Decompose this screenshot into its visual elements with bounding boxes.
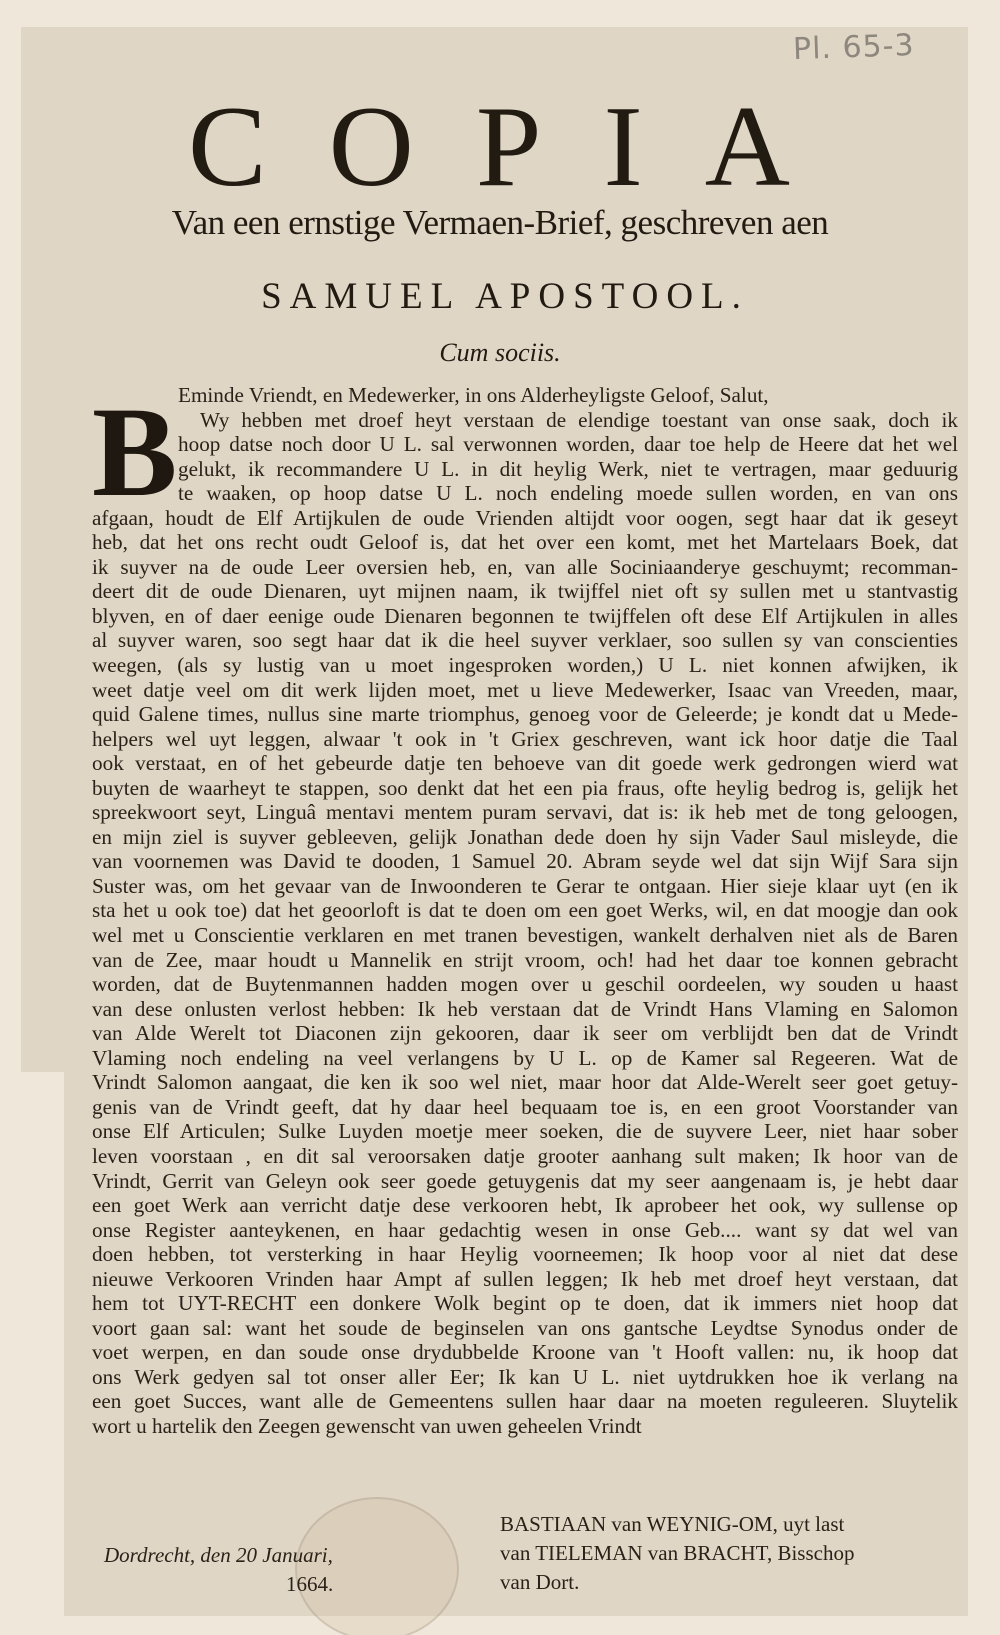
letter-line: Vrindt Salomon aangaat, die ken ik soo w… [92,1070,958,1095]
letter-line: weet datje veel om dit werk lijden moet,… [92,678,958,703]
letter-line: leven voorstaan , en dit sal veroorsaken… [92,1144,958,1169]
letter-line: voet werpen, en dan soude onse drydubbel… [92,1340,958,1365]
letter-line: buyten de waarheyt te stappen, soo denkt… [92,776,958,801]
letter-line: te waaken, op hoop datse U L. noch endel… [92,481,958,506]
letter-line: al suyver waren, soo segt haar dat ik di… [92,628,958,653]
letter-line: onse Elf Articulen; Sulke Luyden moetje … [92,1119,958,1144]
letter-line: heb, dat het ons recht oudt Geloof is, d… [92,530,958,555]
letter-line: hoop datse noch door U L. sal verwonnen … [92,432,958,457]
letter-line: van Alde Werelt tot Diaconen zijn gekoor… [92,1021,958,1046]
signature-line-1: BASTIAAN van WEYNIG-OM, uyt last [500,1512,844,1536]
signature-block: BASTIAAN van WEYNIG-OM, uyt last van TIE… [500,1510,920,1597]
letter-line: blyven, en of daer eenige oude Dienaren … [92,604,958,629]
letter-line: wort u hartelik den Zeegen gewenscht van… [92,1414,958,1439]
letter-line: afgaan, houdt de Elf Artijkulen de oude … [92,506,958,531]
signature-line-2: van TIELEMAN van BRACHT, Bisschop [500,1541,854,1565]
cum-sociis-line: Cum sociis. [0,338,1000,368]
signature-line-3: van Dort. [500,1570,579,1594]
signoff-year: 1664. [286,1572,333,1597]
addressee-heading: SAMUEL APOSTOOL. [0,275,1000,318]
letter-line: wel met u Conscientie verklaren en met t… [92,923,958,948]
letter-line: een goet Succes, want alle de Gemeentens… [92,1389,958,1414]
letter-line: nieuwe Verkooren Vrinden haar Ampt af su… [92,1267,958,1292]
letter-line: ook verstaat, en of het gebeurde datje t… [92,751,958,776]
letter-line: gelukt, ik recommandere U L. in dit heyl… [92,457,958,482]
letter-line: hem tot UYT-RECHT een donkere Wolk begin… [92,1291,958,1316]
letter-line: Vlaming noch endeling na veel verlangens… [92,1046,958,1071]
document-subtitle: Van een ernstige Vermaen-Brief, geschrev… [0,203,1000,243]
letter-line: doen hebben, tot versterking in haar Hey… [92,1242,958,1267]
letter-line: van voornemen was David te dooden, 1 Sam… [92,849,958,874]
letter-line: quid Galene times, nullus sine marte tri… [92,702,958,727]
document-title: COPIA [0,89,1000,205]
letter-line: onse Register aanteykenen, en haar gedac… [92,1218,958,1243]
letter-line: weegen, (als sy lustig van u moet ingesp… [92,653,958,678]
letter-line: genis van de Vrindt geeft, dat hy daar h… [92,1095,958,1120]
letter-line: deert dit de oude Dienaren, uyt mijnen n… [92,579,958,604]
letter-line: een goet Werk aan verricht datje dese ve… [92,1193,958,1218]
letter-line: ik suyver na de oude Leer oversien heb, … [92,555,958,580]
signoff-place-date: Dordrecht, den 20 Januari, [104,1543,333,1568]
letter-line: ons Werk gedyen sal tot onser aller Eer;… [92,1365,958,1390]
letter-line: Wy hebben met droef heyt verstaan de ele… [92,408,958,433]
letter-line: spreekwoort seyt, Linguâ mentavi mentem … [92,800,958,825]
letter-line: voort gaan sal: want het soude de begins… [92,1316,958,1341]
letter-line: helpers wel uyt leggen, alwaar 't ook in… [92,727,958,752]
pencil-shelfmark: Pl. 65-3 [792,28,915,67]
letter-line: van de Zee, maar houdt u Mannelik en str… [92,948,958,973]
letter-line: en mijn ziel is suyver gebleeven, gelijk… [92,825,958,850]
letter-body: Eminde Vriendt, en Medewerker, in ons Al… [92,383,958,1439]
letter-line: Eminde Vriendt, en Medewerker, in ons Al… [92,383,958,408]
letter-line: worden, dat de Buytenmannen hadden mogen… [92,972,958,997]
letter-line: van dese onlusten verlost hebben: Ik heb… [92,997,958,1022]
letter-line: Vrindt, Gerrit van Geleyn ook seer goede… [92,1169,958,1194]
letter-line: sta het u ook toe) dat het geoorloft is … [92,898,958,923]
letter-line: Suster was, om het gevaar van de Inwoond… [92,874,958,899]
